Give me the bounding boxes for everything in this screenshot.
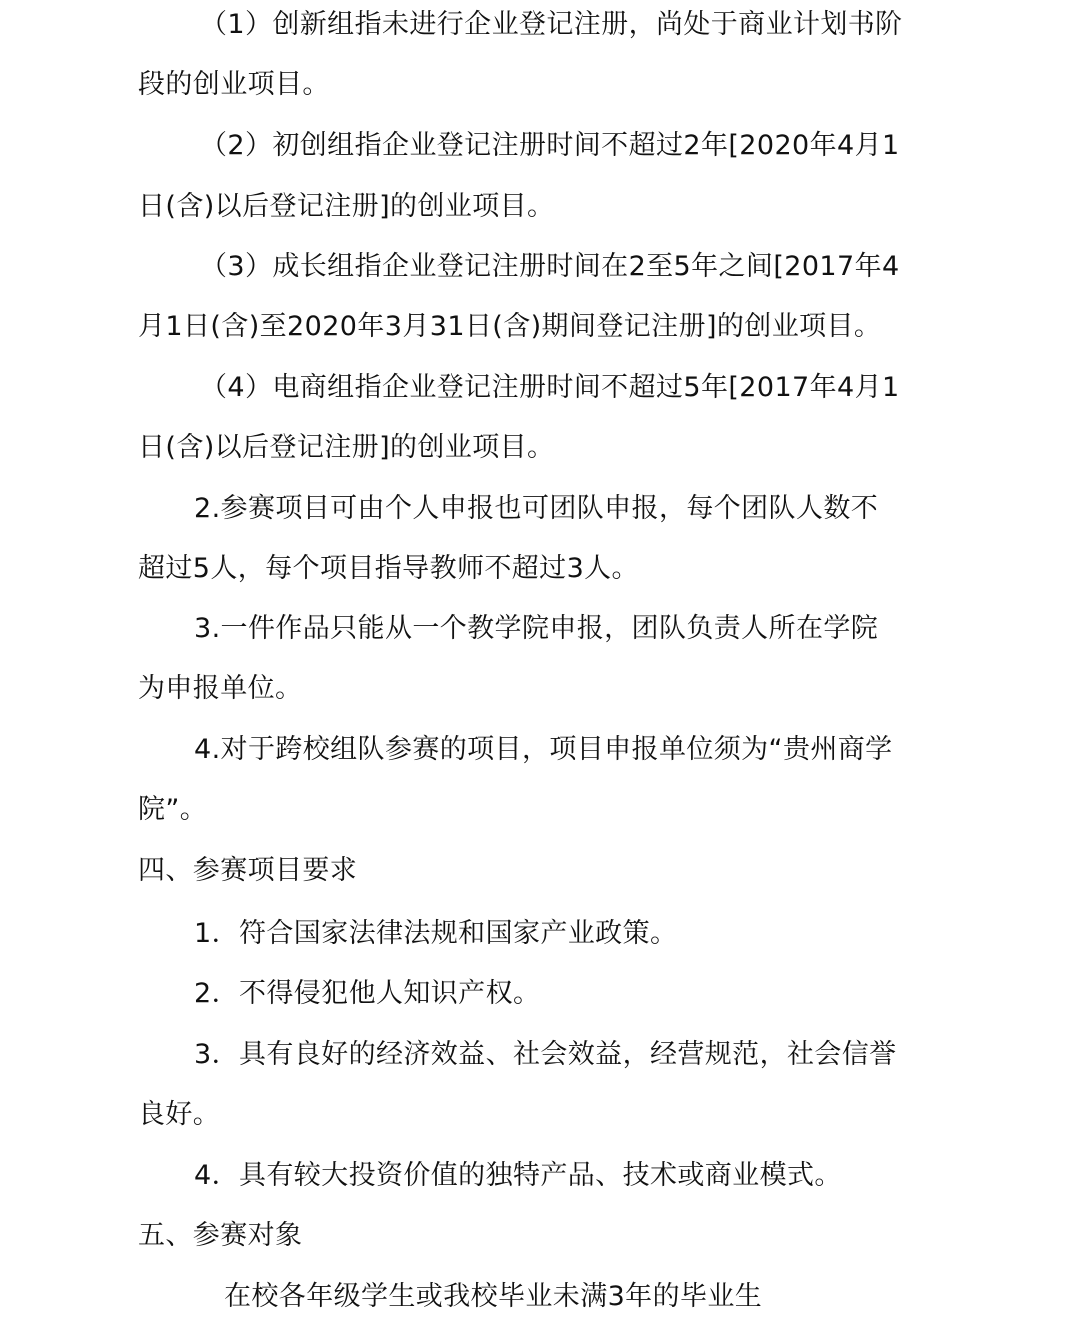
paragraph-line-group-3-end: 月1日(含)至2020年3月31日(含)期间登记注册]的创业项目。 [138, 307, 881, 347]
paragraph-line-rule-2-end: 超过5人，每个项目指导教师不超过3人。 [138, 549, 639, 589]
paragraph-line-group-1-end: 段的创业项目。 [138, 65, 330, 105]
participants-description: 在校各年级学生或我校毕业未满3年的毕业生 [224, 1277, 762, 1317]
requirement-item-1: 1．符合国家法律法规和国家产业政策。 [194, 914, 677, 954]
paragraph-line-group-2-start: （2）初创组指企业登记注册时间不超过2年[2020年4月1 [200, 126, 900, 166]
paragraph-line-rule-4-start: 4.对于跨校组队参赛的项目，项目申报单位须为“贵州商学 [194, 730, 893, 770]
paragraph-line-group-4-end: 日(含)以后登记注册]的创业项目。 [138, 428, 554, 468]
paragraph-line-group-1-start: （1）创新组指未进行企业登记注册，尚处于商业计划书阶 [200, 5, 903, 45]
paragraph-line-rule-4-end: 院”。 [138, 790, 207, 830]
requirement-item-2: 2．不得侵犯他人知识产权。 [194, 974, 540, 1014]
paragraph-line-group-2-end: 日(含)以后登记注册]的创业项目。 [138, 187, 554, 227]
paragraph-line-rule-3-start: 3.一件作品只能从一个教学院申报，团队负责人所在学院 [194, 609, 878, 649]
paragraph-line-rule-3-end: 为申报单位。 [138, 669, 302, 709]
requirement-item-4: 4．具有较大投资价值的独特产品、技术或商业模式。 [194, 1156, 842, 1196]
section-heading-participants: 五、参赛对象 [138, 1216, 302, 1256]
requirement-item-3-start: 3．具有良好的经济效益、社会效益，经营规范，社会信誉 [194, 1035, 897, 1075]
requirement-item-3-end: 良好。 [138, 1095, 220, 1135]
paragraph-line-group-4-start: （4）电商组指企业登记注册时间不超过5年[2017年4月1 [200, 368, 900, 408]
paragraph-line-rule-2-start: 2.参赛项目可由个人申报也可团队申报，每个团队人数不 [194, 489, 878, 529]
section-heading-requirements: 四、参赛项目要求 [138, 851, 357, 891]
paragraph-line-group-3-start: （3）成长组指企业登记注册时间在2至5年之间[2017年4 [200, 247, 900, 287]
